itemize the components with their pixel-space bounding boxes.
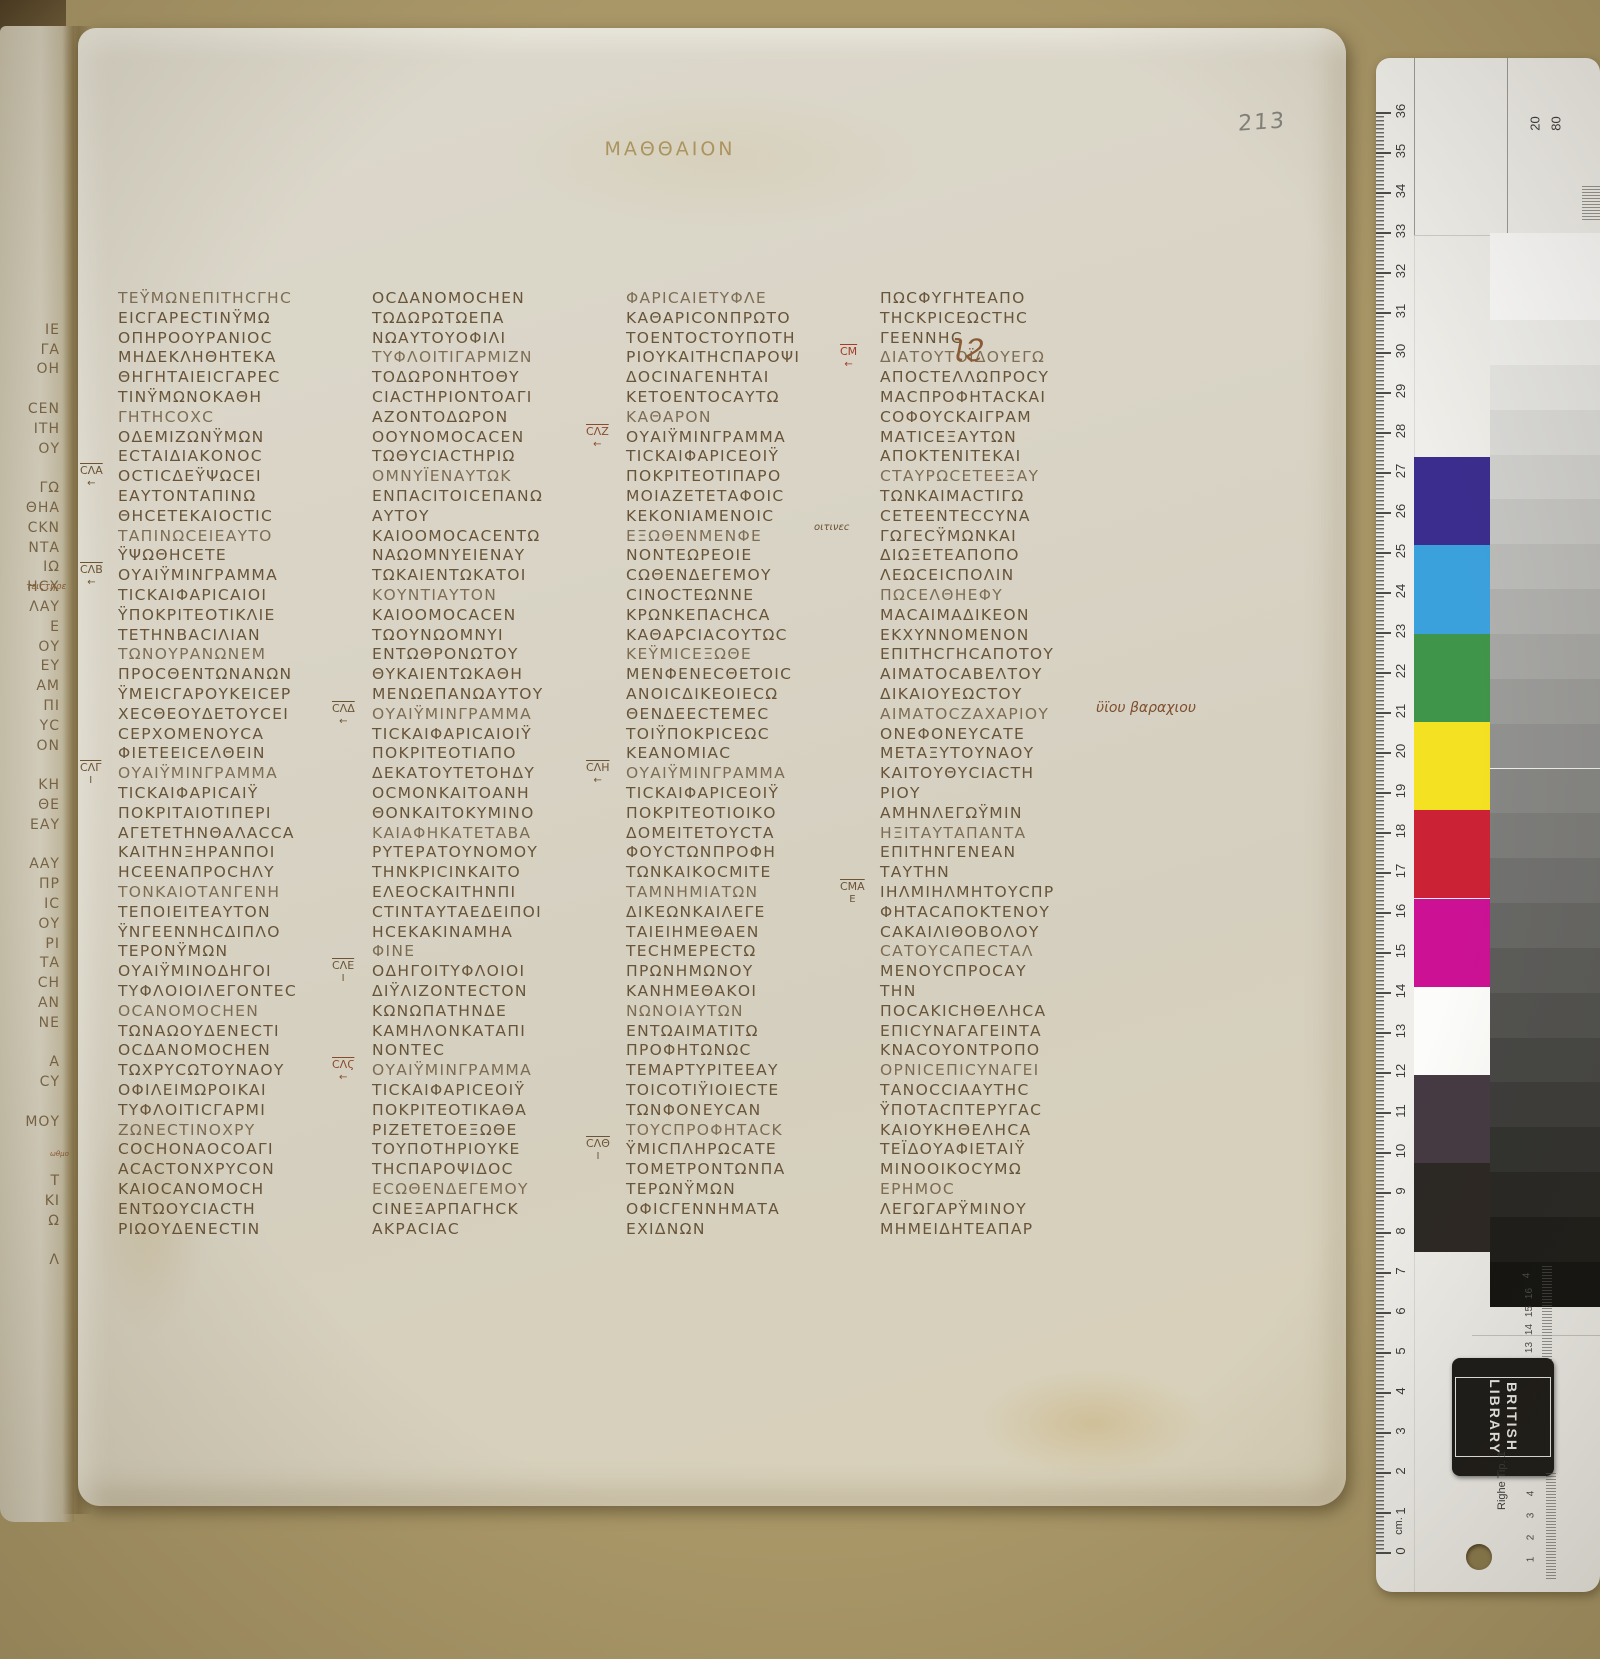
text-line: ΟΜΝΥΪΕΝΑΥΤΩΚ [372, 467, 512, 485]
ruler-number: 7 [1393, 1260, 1407, 1282]
text-line: ΜΙΝΟΟΙΚΟϹΥΜΩ [880, 1160, 1022, 1178]
edge-fragment: ΜΟΥ [25, 1114, 60, 1130]
text-line: ΚΑΙΤΟΥΘΥϹΙΑϹΤΗ [880, 764, 1034, 782]
text-line: ΤΟΕΝΤΟϹΤΟΥΠΟΤΗ [626, 329, 796, 347]
color-patch-cyan [1414, 545, 1490, 633]
righe-number: 1 [1525, 1557, 1536, 1563]
text-line: ϹΤΑΥΡΩϹΕΤΕΕΞΑΥ [880, 467, 1039, 485]
edge-fragment: ΕΥ [41, 658, 60, 674]
running-title: ΜΑΘΘΑΙΟΝ [550, 138, 790, 160]
text-line: ΦΑΡΙϹΑΙΕΤΥΦΛΕ [626, 289, 767, 307]
text-line: ΟΥΑΙΫΜΙΝΓΡΑΜΜΑ [626, 428, 786, 446]
text-line: ΜΟΙΑΖΕΤΕΤΑΦΟΙϹ [626, 487, 785, 505]
ruler-number: 25 [1393, 540, 1407, 562]
text-line: ΘΟΝΚΑΙΤΟΚΥΜΙΝΟ [372, 804, 535, 822]
text-line: ΡΙΟΥ [880, 784, 921, 802]
ruler-number: 27 [1393, 460, 1407, 482]
text-line: ΝΑΩΟΜΝΥΕΙΕΝΑΥ [372, 546, 525, 564]
text-line: ΑΠΟϹΤΕΛΛΩΠΡΟϹΥ [880, 368, 1049, 386]
ruler-number: 19 [1393, 780, 1407, 802]
edge-fragment: Λ [49, 1252, 60, 1268]
text-line: ϹΟΦΟΥϹΚΑΙΓΡΑΜ [880, 408, 1032, 426]
eusebian-section-number: ϹΛΕΙ [332, 960, 354, 984]
strip-divider [1472, 1335, 1600, 1336]
ruler-number: 23 [1393, 620, 1407, 642]
edge-fragment: ΛΑΥ [29, 599, 60, 615]
text-line: ΤΟΔΩΡΟΝΗΤΟΘΥ [372, 368, 520, 386]
text-line: ϹΕΡΧΟΜΕΝΟΥϹΑ [118, 725, 264, 743]
text-line: ΟϹΤΙϹΔΕΫΨΩϹΕΙ [118, 467, 262, 485]
ruler-major-tick [1376, 432, 1391, 434]
text-line: ΔΟΜΕΙΤΕΤΟΥϹΤΑ [626, 824, 775, 842]
text-line: ΕϹΩΘΕΝΔΕΓΕΜΟΥ [372, 1180, 529, 1198]
text-line: ΙΗΛΜΙΗΛΜΗΤΟΥϹΠΡ [880, 883, 1055, 901]
parchment-stain [978, 1368, 1208, 1478]
ruler-major-tick [1376, 1352, 1391, 1354]
edge-fragment: ΘΗΑ [26, 500, 60, 516]
text-line: ΔΟϹΙΝΑΓΕΝΗΤΑΙ [626, 368, 770, 386]
text-line: ϹΙΝΕΞΑΡΠΑΓΗϹΚ [372, 1200, 519, 1218]
text-line: ΤΟΙϹΟΤΙΫΙΟΙΕϹΤΕ [626, 1081, 780, 1099]
edge-fragment: ΝΕ [39, 1015, 60, 1031]
text-line: ΜΗΔΕΚΛΗΘΗΤΕΚΑ [118, 348, 277, 366]
text-line: ΤΗϹΠΑΡΟΨΙΔΟϹ [372, 1160, 514, 1178]
fine-ticks [1546, 1473, 1556, 1581]
folio-number: 213 [1238, 108, 1287, 136]
ruler-major-tick [1376, 192, 1391, 194]
ruler-number: 15 [1393, 940, 1407, 962]
ruler-major-tick [1376, 1552, 1391, 1554]
text-line: ΟΥΑΙΫΜΙΝΓΡΑΜΜΑ [372, 705, 532, 723]
text-line: ΤΕΡΟΝΫΜΩΝ [118, 942, 228, 960]
text-line: ΑΓΕΤΕΤΗΝΘΑΛΑϹϹΑ [118, 824, 295, 842]
ruler-major-tick [1376, 272, 1391, 274]
eusebian-section-number: ϹΜ← [840, 346, 857, 370]
corrector-note: ʅϩ [952, 328, 984, 363]
fine-ticks [1582, 186, 1600, 222]
text-line: ϹΙΑϹΤΗΡΙΟΝΤΟΑΓΙ [372, 388, 533, 406]
text-line: ϹΤΙΝΤΑΥΤΑΕΔΕΙΠΟΙ [372, 903, 542, 921]
edge-fragment: ΠΡ [39, 876, 60, 892]
text-line: ϹΑΚΑΙΛΙΘΟΒΟΛΟΥ [880, 923, 1040, 941]
color-calibration-strip: 0123456789101112131415161718192021222324… [1376, 58, 1600, 1592]
text-line: ΠΟΚΡΙΤΕΟΤΙΠΑΡΟ [626, 467, 781, 485]
text-line: ΟΥΑΙΫΜΙΝΓΡΑΜΜΑ [372, 1061, 532, 1079]
color-patch-magenta [1414, 899, 1490, 987]
text-line: ΤΩΝΦΟΝΕΥϹΑΝ [626, 1101, 762, 1119]
text-line: ΗϹΕΚΑΚΙΝΑΜΗΑ [372, 923, 513, 941]
text-line: ΦΟΥϹΤΩΝΠΡΟΦΗ [626, 843, 776, 861]
text-line: ΤΕΫΜΩΝΕΠΙΤΗϹΓΗϹ [118, 289, 292, 307]
text-line: ΟΥΑΙΫΜΙΝΓΡΑΜΜΑ [626, 764, 786, 782]
ruler-number: 26 [1393, 500, 1407, 522]
gray-step [1490, 858, 1600, 903]
gray-step [1490, 320, 1600, 365]
ruler-major-tick [1376, 552, 1391, 554]
text-line: ΚΑΘΑΡΟΝ [626, 408, 712, 426]
text-line: ΔΕΚΑΤΟΥΤΕΤΟΗΔΥ [372, 764, 535, 782]
gray-step [1490, 769, 1600, 814]
text-line: ΔΙΚΕΩΝΚΑΙΛΕΓΕ [626, 903, 766, 921]
text-line: ΟΡΝΙϹΕΠΙϹΥΝΑΓΕΙ [880, 1061, 1040, 1079]
ruler-number: 20 [1393, 740, 1407, 762]
gray-step [1490, 1217, 1600, 1262]
eusebian-section-number: ϹΜΑΕ [840, 881, 865, 905]
gray-step [1490, 455, 1600, 500]
text-line: ΚΑΙΑΦΗΚΑΤΕΤΑΒΑ [372, 824, 531, 842]
text-line: ΟΥΑΙΫΜΙΝΓΡΑΜΜΑ [118, 566, 278, 584]
ruler-number: 13 [1393, 1020, 1407, 1042]
text-line: ΝΩΑΥΤΟΥΟΦΙΛΙ [372, 329, 506, 347]
text-line: ΤΙϹΚΑΙΦΑΡΙϹΕΟΙΫ [626, 447, 779, 465]
text-line: ΚΑΘΑΡΙϹΟΝΠΡΩΤΟ [626, 309, 791, 327]
ruler-major-tick [1376, 152, 1391, 154]
text-line: ΚΑΙΟΟΜΟϹΑϹΕΝ [372, 606, 517, 624]
eusebian-section-number: ϹΛΓΙ [80, 762, 101, 786]
righe-scale-label: Righe Tip. 1 [1496, 1451, 1508, 1510]
edge-fragment: ϹΥ [40, 1074, 60, 1090]
gray-step [1490, 410, 1600, 455]
typo-scale-number: 20 [1528, 116, 1543, 130]
color-patch-red [1414, 810, 1490, 898]
ruler-number: 24 [1393, 580, 1407, 602]
ruler-major-tick [1376, 312, 1391, 314]
ruler-major-tick [1376, 912, 1391, 914]
edge-fragment: ΓΑ [41, 342, 60, 358]
text-line: ΤΗΝ [880, 982, 917, 1000]
text-line: ΔΙΫΛΙΖΟΝΤΕϹΤΟΝ [372, 982, 528, 1000]
ruler-unit-label: cm. [1393, 1517, 1405, 1535]
ruler-major-tick [1376, 512, 1391, 514]
text-line: ΑΙΜΑΤΟϹΑΒΕΛΤΟΥ [880, 665, 1043, 683]
color-patch-white [1414, 987, 1490, 1075]
text-line: ΫΠΟΚΡΙΤΕΟΤΙΚΛΙΕ [118, 606, 276, 624]
text-line: ΤΕϹΗΜΕΡΕϹΤΩ [626, 942, 756, 960]
edge-fragment: ϹΚΝ [28, 520, 60, 536]
text-line: ΤΟΝΚΑΙΟΤΑΝΓΕΝΗ [118, 883, 280, 901]
edge-fragment: ΙϹ [44, 896, 60, 912]
text-line: ΤΩΝΚΑΙΚΟϹΜΙΤΕ [626, 863, 772, 881]
ruler-major-tick [1376, 1112, 1391, 1114]
ruler-number: 21 [1393, 700, 1407, 722]
ruler-major-tick [1376, 992, 1391, 994]
text-line: ΦΙΕΤΕΕΙϹΕΛΘΕΙΝ [118, 744, 266, 762]
text-line: ΧΕϹΘΕΟΥΔΕΤΟΥϹΕΙ [118, 705, 289, 723]
ruler-major-tick [1376, 752, 1391, 754]
text-line: ΡΥΤΕΡΑΤΟΥΝΟΜΟΥ [372, 843, 538, 861]
edge-fragment: ΤΑ [40, 955, 60, 971]
text-line: ΕΚΧΥΝΝΟΜΕΝΟΝ [880, 626, 1030, 644]
gray-step [1490, 1038, 1600, 1083]
ruler-major-tick [1376, 832, 1391, 834]
corrector-note: τειϛτηρε [26, 582, 66, 592]
text-line: ΟΝΕΦΟΝΕΥϹΑΤΕ [880, 725, 1025, 743]
text-line: ΤΙϹΚΑΙΦΑΡΙϹΑΙΫ [118, 784, 259, 802]
ruler-major-tick [1376, 1152, 1391, 1154]
text-line: ΜΑϹΠΡΟΦΗΤΑϹΚΑΙ [880, 388, 1046, 406]
gray-step [1490, 1172, 1600, 1217]
text-line: ΘΗϹΕΤΕΚΑΙΟϹΤΙϹ [118, 507, 273, 525]
text-line: ΑΖΟΝΤΟΔΩΡΟΝ [372, 408, 509, 426]
ruler-number: 8 [1393, 1220, 1407, 1242]
text-line: ΚΑΙΟΥΚΗΘΕΛΗϹΑ [880, 1121, 1031, 1139]
text-line: ΜΑΤΙϹΕΞΑΥΤΩΝ [880, 428, 1017, 446]
text-line: ΤΙϹΚΑΙΦΑΡΙϹΑΙΟΙΫ [372, 725, 532, 743]
ruler-major-tick [1376, 952, 1391, 954]
eusebian-section-number: ϹΛΗ← [586, 762, 609, 786]
text-line: ΦΗΤΑϹΑΠΟΚΤΕΝΟΥ [880, 903, 1050, 921]
text-line: ΠΡΩΝΗΜΩΝΟΥ [626, 962, 754, 980]
text-line: ΤΙΝΫΜΩΝΟΚΑΘΗ [118, 388, 262, 406]
gray-step [1490, 1082, 1600, 1127]
typo-scale-number: 13 [1524, 1342, 1535, 1353]
ruler-number: 4 [1393, 1380, 1407, 1402]
text-line: ΓΕΕΝΝΗϹ [880, 329, 963, 347]
edge-fragment: ΘΕ [38, 797, 60, 813]
text-line: ΘΥΚΑΙΕΝΤΩΚΑΘΗ [372, 665, 523, 683]
text-line: ΘΕΝΔΕΕϹΤΕΜΕϹ [626, 705, 769, 723]
text-line: ΦΙΝΕ [372, 942, 415, 960]
edge-fragment: ΚΗ [38, 777, 60, 793]
text-line: ΠΩϹΦΥΓΗΤΕΑΠΟ [880, 289, 1026, 307]
text-line: ΚΑΘΑΡϹΙΑϹΟΥΤΩϹ [626, 626, 788, 644]
text-line: ΡΙΖΕΤΕΤΟΕΞΩΘΕ [372, 1121, 518, 1139]
text-line: ΟϹΑΝΟΜΟϹΗΕΝ [118, 1002, 259, 1020]
righe-number: 3 [1525, 1513, 1536, 1519]
color-patch-indigo [1414, 457, 1490, 545]
text-line: ΤΗϹΚΡΙϹΕΩϹΤΗϹ [880, 309, 1028, 327]
text-line: ΚΝΑϹΟΥΟΝΤΡΟΠΟ [880, 1041, 1040, 1059]
text-line: ΤΙϹΚΑΙΦΑΡΙϹΑΙΟΙ [118, 586, 267, 604]
ruler-number: 0 [1393, 1540, 1407, 1562]
text-line: ΠΟΚΡΙΤΑΙΟΤΙΠΕΡΙ [118, 804, 272, 822]
text-line: ΤΑΠΙΝΩϹΕΙΕΑΥΤΟ [118, 527, 273, 545]
text-line: ΤΑΙΕΙΗΜΕΘΑΕΝ [626, 923, 760, 941]
text-line: ϹΩΘΕΝΔΕΓΕΜΟΥ [626, 566, 772, 584]
ruler-number: 5 [1393, 1340, 1407, 1362]
text-line: ΤΑΝΟϹϹΙΑΑΥΤΗϹ [880, 1081, 1030, 1099]
text-line: ΤΕΤΗΝΒΑϹΙΛΙΑΝ [118, 626, 261, 644]
text-line: ΤΕΠΟΙΕΙΤΕΑΥΤΟΝ [118, 903, 271, 921]
text-line: ΚΕΚΟΝΙΑΜΕΝΟΙϹ [626, 507, 774, 525]
text-line: ΕΡΗΜΟϹ [880, 1180, 955, 1198]
strip-divider [1414, 58, 1415, 235]
edge-fragment: ΙΩ [43, 559, 60, 575]
text-line: ΤΩΔΩΡΩΤΩΕΠΑ [372, 309, 505, 327]
text-line: ΟΔΕΜΙΖΩΝΫΜΩΝ [118, 428, 264, 446]
ruler-major-tick [1376, 1192, 1391, 1194]
edge-fragment: ΟΥ [38, 916, 60, 932]
text-line: ϹΟϹΗΟΝΑΟϹΟΑΓΙ [118, 1140, 274, 1158]
ruler-number: 22 [1393, 660, 1407, 682]
edge-fragment: ϹΕΝ [28, 401, 60, 417]
ruler-major-tick [1376, 1312, 1391, 1314]
gray-step [1490, 679, 1600, 724]
text-line: ΤΩΘΥϹΙΑϹΤΗΡΙΩ [372, 447, 516, 465]
ruler-major-tick [1376, 472, 1391, 474]
eusebian-section-number: ϹΛϚ← [332, 1059, 354, 1083]
ruler-major-tick [1376, 872, 1391, 874]
gray-step [1490, 634, 1600, 679]
text-line: ΤΥΦΛΟΙΤΙϹΓΑΡΜΙ [118, 1101, 266, 1119]
text-line: ΕΝΤΩΟΥϹΙΑϹΤΗ [118, 1200, 256, 1218]
text-line: ΤΟΜΕΤΡΟΝΤΩΝΠΑ [626, 1160, 786, 1178]
text-line: ΟΥΑΙΫΜΙΝΟΔΗΓΟΙ [118, 962, 272, 980]
text-line: ΝΟΝΤΕΩΡΕΟΙΕ [626, 546, 753, 564]
text-line: ΗΞΙΤΑΥΤΑΠΑΝΤΑ [880, 824, 1026, 842]
text-line: ΑΚΡΑϹΙΑϹ [372, 1220, 460, 1238]
text-line: ΡΙΟΥΚΑΙΤΗϹΠΑΡΟΨΙ [626, 348, 800, 366]
text-line: ΤΙϹΚΑΙΦΑΡΙϹΕΟΙΫ [626, 784, 779, 802]
gray-step [1490, 1127, 1600, 1172]
text-line: ΠΟΚΡΙΤΕΟΤΙΟΙΚΟ [626, 804, 777, 822]
text-line: ΤΩΝΚΑΙΜΑϹΤΙΓΩ [880, 487, 1024, 505]
text-line: ΠΟΚΡΙΤΕΟΤΙΚΑΘΑ [372, 1101, 527, 1119]
eusebian-section-number: ϹΛΔ← [332, 703, 355, 727]
text-line: ΕΧΙΔΝΩΝ [626, 1220, 706, 1238]
text-line: ΤΩΚΑΙΕΝΤΩΚΑΤΟΙ [372, 566, 527, 584]
ruler-major-tick [1376, 1512, 1391, 1514]
text-line: ΕΝΠΑϹΙΤΟΙϹΕΠΑΝΩ [372, 487, 543, 505]
text-line: ΕΞΩΘΕΝΜΕΝΦΕ [626, 527, 762, 545]
ruler-number: 35 [1393, 140, 1407, 162]
ruler-number: 11 [1393, 1100, 1407, 1122]
text-line: ΤΩΟΥΝΩΟΜΝΥΙ [372, 626, 504, 644]
ruler-major-tick [1376, 1072, 1391, 1074]
ruler-number: 29 [1393, 380, 1407, 402]
ruler-major-tick [1376, 1272, 1391, 1274]
ruler-number: 9 [1393, 1180, 1407, 1202]
edge-fragment: ΚΙ [45, 1193, 60, 1209]
eusebian-section-number: ϹΛΒ← [80, 564, 103, 588]
typo-scale-number: 15 [1524, 1306, 1535, 1317]
ruler-number: 3 [1393, 1420, 1407, 1442]
ruler-major-tick [1376, 1392, 1391, 1394]
edge-fragment: ΓΩ [40, 480, 61, 496]
gray-step [1490, 589, 1600, 634]
text-line: ΚΕΤΟΕΝΤΟϹΑΥΤΩ [626, 388, 780, 406]
edge-fragment: ΠΙ [43, 698, 60, 714]
ruler-major-tick [1376, 792, 1391, 794]
ruler-number: 32 [1393, 260, 1407, 282]
text-line: ΚΩΝΩΠΑΤΗΝΔΕ [372, 1002, 507, 1020]
text-line: ΓΩΓΕϹΫΜΩΝΚΑΙ [880, 527, 1017, 545]
edge-fragment: ΡΙ [45, 936, 60, 952]
text-line: ΠΟΚΡΙΤΕΟΤΙΑΠΟ [372, 744, 517, 762]
text-line: ϹΕΤΕΕΝΤΕϹϹΥΝΑ [880, 507, 1031, 525]
ruler-major-tick [1376, 112, 1391, 114]
ruler-number: 31 [1393, 300, 1407, 322]
text-line: ΟϹΜΟΝΚΑΙΤΟΑΝΗ [372, 784, 530, 802]
text-line: ΠΡΟϹΘΕΝΤΩΝΑΝΩΝ [118, 665, 292, 683]
text-line: ΫΨΩΘΗϹΕΤΕ [118, 546, 227, 564]
edge-fragment: ΟΥ [38, 639, 60, 655]
text-line: ΑϹΑϹΤΟΝΧΡΥϹΟΝ [118, 1160, 275, 1178]
text-line: ΠΩϹΕΛΘΗΕΦΥ [880, 586, 1003, 604]
text-line: ΤΟΥΠΟΤΗΡΙΟΥΚΕ [372, 1140, 521, 1158]
edge-fragment: ΑΝ [38, 995, 60, 1011]
text-line: ΟΥΑΙΫΜΙΝΓΡΑΜΜΑ [118, 764, 278, 782]
gray-step [1490, 233, 1600, 320]
ruler-number: 2 [1393, 1460, 1407, 1482]
text-line: ΓΗΤΗϹΟΧϹ [118, 408, 214, 426]
mounting-hole [1466, 1544, 1492, 1570]
ruler-number: 33 [1393, 220, 1407, 242]
ruler-major-tick [1376, 632, 1391, 634]
edge-fragment: ΟΥ [38, 441, 60, 457]
text-line: ΚΑΝΗΜΕΘΑΚΟΙ [626, 982, 757, 1000]
edge-fragment: Τ [50, 1173, 60, 1189]
text-line: ΚΕΑΝΟΜΙΑϹ [626, 744, 731, 762]
text-line: ΜΕΝΩΕΠΑΝΩΑΥΤΟΥ [372, 685, 544, 703]
manuscript-page: ΜΑΘΘΑΙΟΝ 213 ΤΕΫΜΩΝΕΠΙΤΗϹΓΗϹΕΙϹΓΑΡΕϹΤΙΝΫ… [78, 28, 1346, 1506]
text-line: ΠΟϹΑΚΙϹΗΘΕΛΗϹΑ [880, 1002, 1046, 1020]
ruler-number: 10 [1393, 1140, 1407, 1162]
ruler-major-tick [1376, 1232, 1391, 1234]
text-line: ϹΑΤΟΥϹΑΠΕϹΤΑΛ [880, 942, 1034, 960]
ruler-major-tick [1376, 1472, 1391, 1474]
text-line: ΕΛΕΟϹΚΑΙΤΗΝΠΙ [372, 883, 516, 901]
edge-fragment: ΙΕ [45, 322, 60, 338]
ruler-number: 6 [1393, 1300, 1407, 1322]
text-line: ΤΕΡΩΝΫΜΩΝ [626, 1180, 736, 1198]
righe-number: 4 [1525, 1491, 1536, 1497]
edge-fragment: ΥϹ [40, 718, 60, 734]
text-line: ΟΦΙΛΕΙΜΩΡΟΙΚΑΙ [118, 1081, 267, 1099]
righe-number: 2 [1525, 1535, 1536, 1541]
text-line: ΘΗΓΗΤΑΙΕΙϹΓΑΡΕϹ [118, 368, 281, 386]
text-line: ΤΙϹΚΑΙΦΑΡΙϹΕΟΙΫ [372, 1081, 525, 1099]
ruler-number: 30 [1393, 340, 1407, 362]
color-patch-dark-plum [1414, 1075, 1490, 1163]
corrector-note: οιτινεϲ [814, 522, 849, 533]
gray-step [1490, 544, 1600, 589]
text-line: ΤΑΥΤΗΝ [880, 863, 950, 881]
text-line: ΜΗΜΕΙΔΗΤΕΑΠΑΡ [880, 1220, 1033, 1238]
text-line: ΤΩΧΡΥϹΩΤΟΥΝΑΟΥ [118, 1061, 285, 1079]
edge-fragment: ΝΤΑ [28, 540, 60, 556]
ruler-major-tick [1376, 1032, 1391, 1034]
ruler-major-tick [1376, 672, 1391, 674]
text-line: ΚΟΥΝΤΙΑΥΤΟΝ [372, 586, 497, 604]
text-line: ΤΟΥϹΠΡΟΦΗΤΑϹΚ [626, 1121, 783, 1139]
edge-fragment: ΑΑΥ [29, 856, 60, 872]
text-line: ΜΑϹΑΙΜΑΔΙΚΕΟΝ [880, 606, 1030, 624]
text-line: ΤΕΪΔΟΥΑΦΙΕΤΑΙΫ [880, 1140, 1026, 1158]
text-line: ΟΠΗΡΟΟΥΡΑΝΙΟϹ [118, 329, 273, 347]
text-line: ΟΔΗΓΟΙΤΥΦΛΟΙΟΙ [372, 962, 525, 980]
color-patch-yellow [1414, 722, 1490, 810]
text-line: ΤΟΙΫΠΟΚΡΙϹΕΩϹ [626, 725, 770, 743]
text-line: ΑΥΤΟΥ [372, 507, 430, 525]
text-line: ΫΠΟΤΑϹΠΤΕΡΥΓΑϹ [880, 1101, 1042, 1119]
text-line: ΫΜΙϹΠΛΗΡΩϹΑΤΕ [626, 1140, 777, 1158]
gray-step [1490, 993, 1600, 1038]
text-line: ΠΡΟΦΗΤΩΝΩϹ [626, 1041, 752, 1059]
text-line: ΜΕΝΦΕΝΕϹΘΕΤΟΙϹ [626, 665, 792, 683]
text-line: ΜΕΝΟΥϹΠΡΟϹΑΥ [880, 962, 1027, 980]
edge-fragment: ΕΑΥ [30, 817, 60, 833]
edge-fragment: Ε [50, 619, 60, 635]
text-line: ΕΠΙϹΥΝΑΓΑΓΕΙΝΤΑ [880, 1022, 1042, 1040]
text-line: ΟϹΔΑΝΟΜΟϹΗΕΝ [118, 1041, 271, 1059]
ruler-number: 16 [1393, 900, 1407, 922]
text-line: ΡΙΩΟΥΔΕΝΕϹΤΙΝ [118, 1220, 261, 1238]
gray-step [1490, 813, 1600, 858]
ruler-number: 18 [1393, 820, 1407, 842]
text-line: ΤΗΝΚΡΙϹΙΝΚΑΙΤΟ [372, 863, 521, 881]
ruler-number: 28 [1393, 420, 1407, 442]
